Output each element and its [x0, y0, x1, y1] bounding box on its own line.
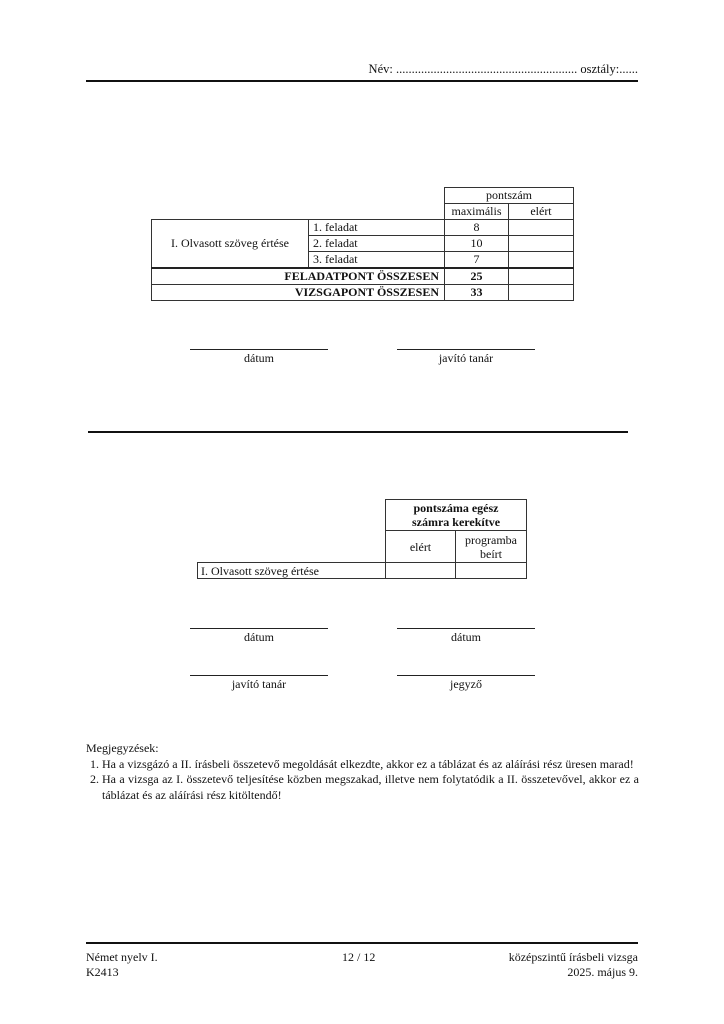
rounded-col-entered: programba beírt [456, 531, 527, 563]
col-achieved-header: elért [509, 204, 574, 220]
footer-rule [86, 942, 638, 944]
page-number: 12 / 12 [342, 950, 375, 965]
exam-total-max: 33 [445, 285, 509, 301]
rounded-row-label: I. Olvasott szöveg értése [198, 563, 386, 579]
exam-total-label: VIZSGAPONT ÖSSZESEN [152, 285, 445, 301]
score-table: pontszám maximális elért I. Olvasott szö… [151, 187, 574, 301]
rounded-col-entered-line1: programba [460, 533, 522, 547]
footer-level: középszintű írásbeli vizsga [509, 950, 638, 965]
task-label: 2. feladat [309, 236, 445, 252]
signature-label-date-2: dátum [397, 630, 535, 645]
section-label: I. Olvasott szöveg értése [152, 220, 309, 269]
signature-label-date: dátum [190, 351, 328, 366]
task-total-label: FELADATPONT ÖSSZESEN [152, 268, 445, 285]
rounded-achieved-cell[interactable] [386, 563, 456, 579]
name-field[interactable]: ........................................… [396, 62, 577, 76]
notes-title: Megjegyzések: [86, 741, 639, 757]
class-field[interactable]: osztály:...... [580, 62, 638, 76]
rounded-group-header: pontszáma egész számra kerekítve [386, 500, 527, 531]
task-label: 3. feladat [309, 252, 445, 269]
note-item: Ha a vizsgázó a II. írásbeli összetevő m… [102, 757, 639, 773]
section-separator [88, 431, 628, 433]
name-label: Név: [369, 62, 393, 76]
rounded-entered-cell[interactable] [456, 563, 527, 579]
rounded-group-header-line1: pontszáma egész [390, 501, 522, 515]
signature-label-teacher-2: javító tanár [190, 677, 328, 692]
signature-line-registrar[interactable] [397, 675, 535, 676]
task-achieved-cell[interactable] [509, 252, 574, 269]
footer-subject: Német nyelv I. [86, 950, 158, 965]
signature-line-date-2[interactable] [397, 628, 535, 629]
signature-line-date-1[interactable] [190, 628, 328, 629]
task-achieved-cell[interactable] [509, 236, 574, 252]
task-max: 10 [445, 236, 509, 252]
signature-line-teacher-2[interactable] [190, 675, 328, 676]
task-max: 7 [445, 252, 509, 269]
exam-total-achieved-cell[interactable] [509, 285, 574, 301]
col-max-header: maximális [445, 204, 509, 220]
footer-code: K2413 [86, 965, 119, 980]
task-achieved-cell[interactable] [509, 220, 574, 236]
task-max: 8 [445, 220, 509, 236]
rounded-col-entered-line2: beírt [460, 547, 522, 561]
rounded-group-header-line2: számra kerekítve [390, 515, 522, 529]
header-name-class: Név: ...................................… [369, 62, 638, 77]
notes-section: Megjegyzések: Ha a vizsgázó a II. írásbe… [86, 741, 639, 803]
signature-label-registrar: jegyző [397, 677, 535, 692]
points-group-header: pontszám [445, 188, 574, 204]
footer-date: 2025. május 9. [567, 965, 638, 980]
task-total-max: 25 [445, 268, 509, 285]
rounded-score-table: pontszáma egész számra kerekítve elért p… [197, 499, 527, 579]
notes-list: Ha a vizsgázó a II. írásbeli összetevő m… [86, 757, 639, 804]
signature-label-date-1: dátum [190, 630, 328, 645]
note-item: Ha a vizsga az I. összetevő teljesítése … [102, 772, 639, 803]
rounded-col-achieved: elért [386, 531, 456, 563]
header-rule [86, 80, 638, 82]
signature-line-teacher[interactable] [397, 349, 535, 350]
signature-line-date[interactable] [190, 349, 328, 350]
signature-label-teacher: javító tanár [397, 351, 535, 366]
task-label: 1. feladat [309, 220, 445, 236]
task-total-achieved-cell[interactable] [509, 268, 574, 285]
